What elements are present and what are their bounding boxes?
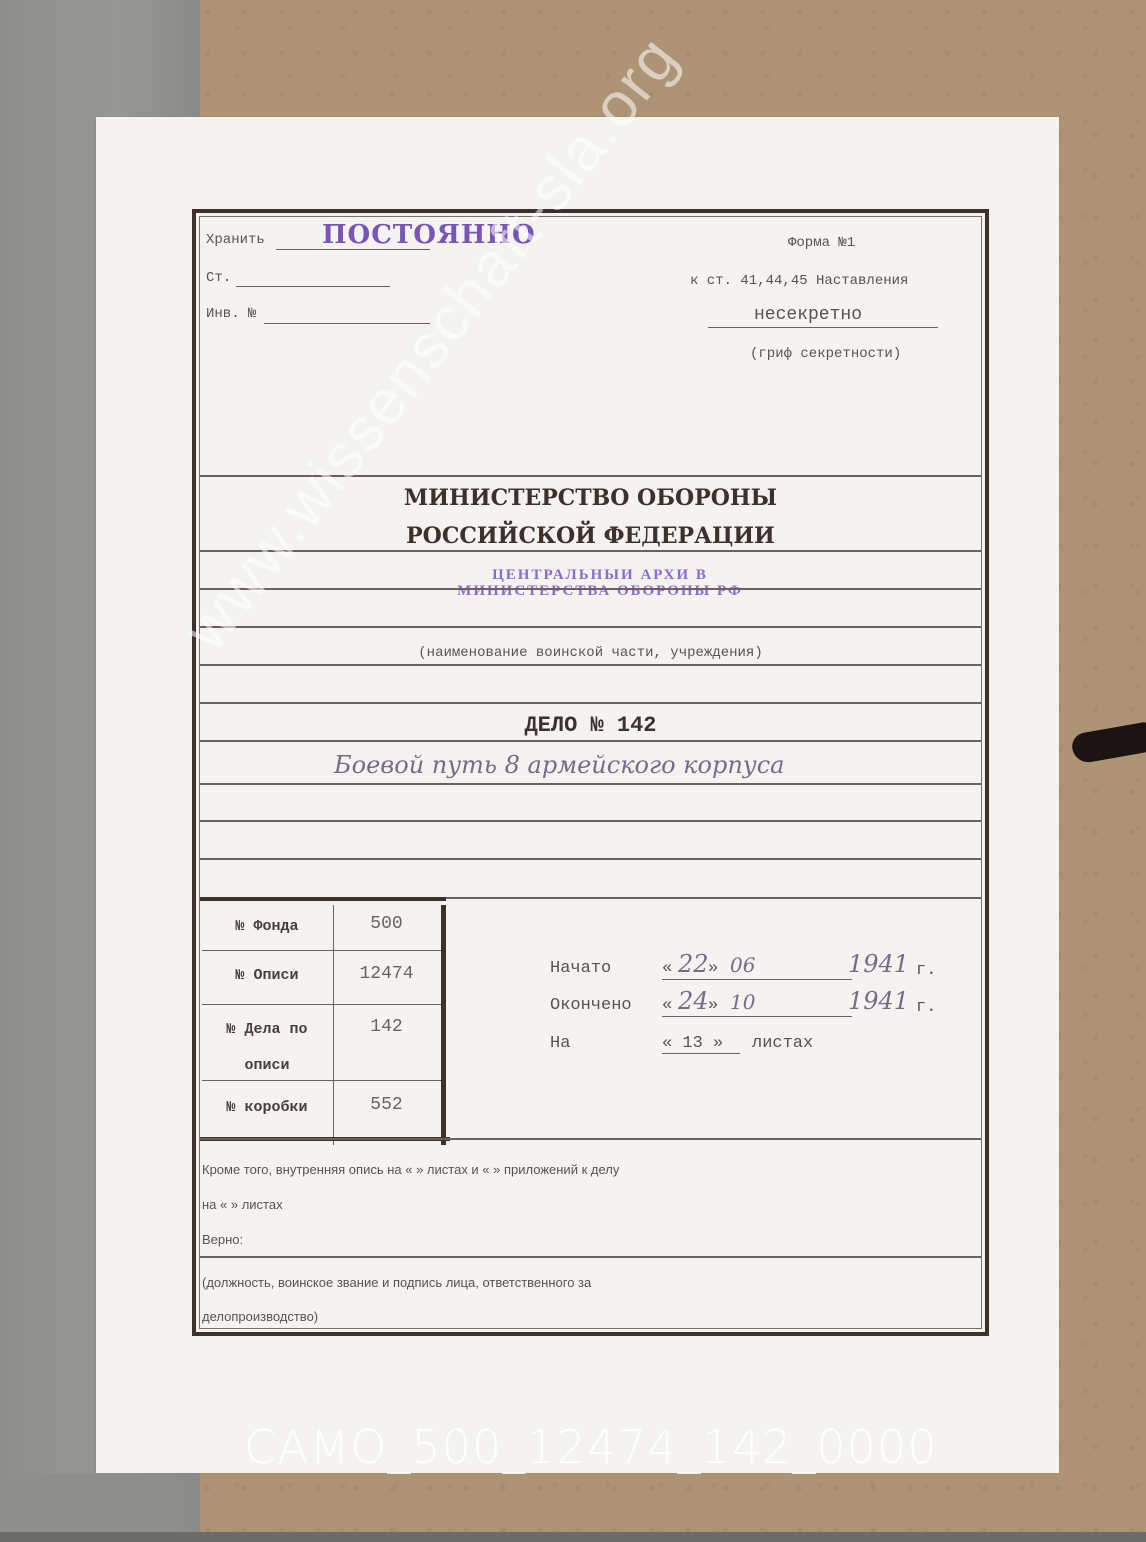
internal-inventory-line: Кроме того, внутренняя опись на « » лист… — [202, 1162, 619, 1177]
signature-caption-line-2: делопроизводство) — [202, 1309, 318, 1324]
table-top-border — [200, 897, 446, 901]
ended-quote-close: » — [708, 996, 718, 1015]
ended-month: 10 — [730, 990, 755, 1014]
secrecy-value: несекретно — [754, 305, 862, 325]
sheets-underline — [662, 1053, 740, 1054]
case-number-value: 142 — [334, 1017, 439, 1037]
rule-line — [200, 550, 981, 552]
archive-reference-table: № Фонда 500 № Описи 12474 № Дела по опис… — [202, 905, 446, 1145]
case-number-label-line-2: описи — [202, 1057, 332, 1074]
handwritten-case-subject: Боевой путь 8 армейского корпуса — [334, 751, 784, 779]
ended-quote-open: « — [662, 996, 672, 1015]
sheets-label: На — [550, 1034, 570, 1053]
table-row: № коробки 552 — [202, 1081, 441, 1137]
rule-line — [200, 664, 981, 666]
table-row: № Описи 12474 — [202, 951, 441, 1005]
inventory-label: Инв. № — [206, 306, 256, 322]
sheets-suffix: листах — [752, 1034, 813, 1053]
ended-label: Окончено — [550, 996, 632, 1015]
rule-line — [200, 588, 981, 590]
archive-stamp-line-2: МИНИСТЕРСТВА ОБОРОНЫ РФ — [400, 583, 800, 599]
table-row: № Фонда 500 — [202, 905, 441, 951]
case-number-label: № Дела по — [202, 1021, 332, 1038]
secrecy-caption: (гриф секретности) — [750, 346, 901, 362]
archive-image-code: CAMO_500_12474_142_0000 — [244, 1420, 937, 1474]
started-underline — [662, 979, 852, 980]
keep-label: Хранить — [206, 232, 265, 248]
rule-line — [200, 820, 981, 822]
box-label: № коробки — [202, 1099, 332, 1116]
started-month: 06 — [730, 953, 755, 977]
ended-year-suffix: г. — [916, 998, 936, 1017]
started-quote-open: « — [662, 959, 672, 978]
box-value: 552 — [334, 1095, 439, 1115]
unit-caption: (наименование воинской части, учреждения… — [200, 645, 981, 661]
started-year-suffix: г. — [916, 961, 936, 980]
rule-line — [200, 740, 981, 742]
fond-label: № Фонда — [202, 918, 332, 935]
ended-year: 1941 — [848, 987, 909, 1015]
rule-line — [200, 1138, 981, 1140]
signature-caption-line-1: (должность, воинское звание и подпись ли… — [202, 1275, 591, 1290]
opis-label: № Описи — [202, 967, 332, 984]
fond-value: 500 — [334, 914, 439, 934]
archive-stamp: ЦЕНТРАЛЬНЫИ АРХИ В МИНИСТЕРСТВА ОБОРОНЫ … — [400, 567, 800, 599]
table-row: № Дела по описи 142 — [202, 1005, 441, 1081]
rule-line — [200, 783, 981, 785]
sheets-line: на « » листах — [202, 1197, 283, 1212]
verified-label: Верно: — [202, 1232, 243, 1247]
sheets-value: « 13 » — [662, 1034, 723, 1053]
bottom-edge — [0, 1532, 1146, 1542]
case-title: ДЕЛО № 142 — [200, 713, 981, 738]
rule-line — [200, 626, 981, 628]
started-quote-close: » — [708, 959, 718, 978]
secrecy-underline — [708, 327, 938, 328]
started-year: 1941 — [848, 950, 909, 978]
rule-line — [200, 702, 981, 704]
form-inner-frame: Хранить ПОСТОЯННО Ст. Инв. № Форма №1 к … — [199, 216, 982, 1329]
started-label: Начато — [550, 959, 611, 978]
form-number: Форма №1 — [788, 235, 855, 251]
ended-day: 24 — [678, 987, 709, 1015]
opis-value: 12474 — [334, 964, 439, 984]
article-label: Ст. — [206, 270, 231, 286]
archive-stamp-line-1: ЦЕНТРАЛЬНЫИ АРХИ В — [400, 567, 800, 583]
ended-underline — [662, 1016, 852, 1017]
form-reference: к ст. 41,44,45 Наставления — [690, 273, 908, 289]
rule-line — [200, 1256, 981, 1258]
article-underline — [236, 286, 390, 287]
started-day: 22 — [678, 950, 709, 978]
rule-line — [200, 858, 981, 860]
case-cover-form: Хранить ПОСТОЯННО Ст. Инв. № Форма №1 к … — [192, 209, 989, 1336]
